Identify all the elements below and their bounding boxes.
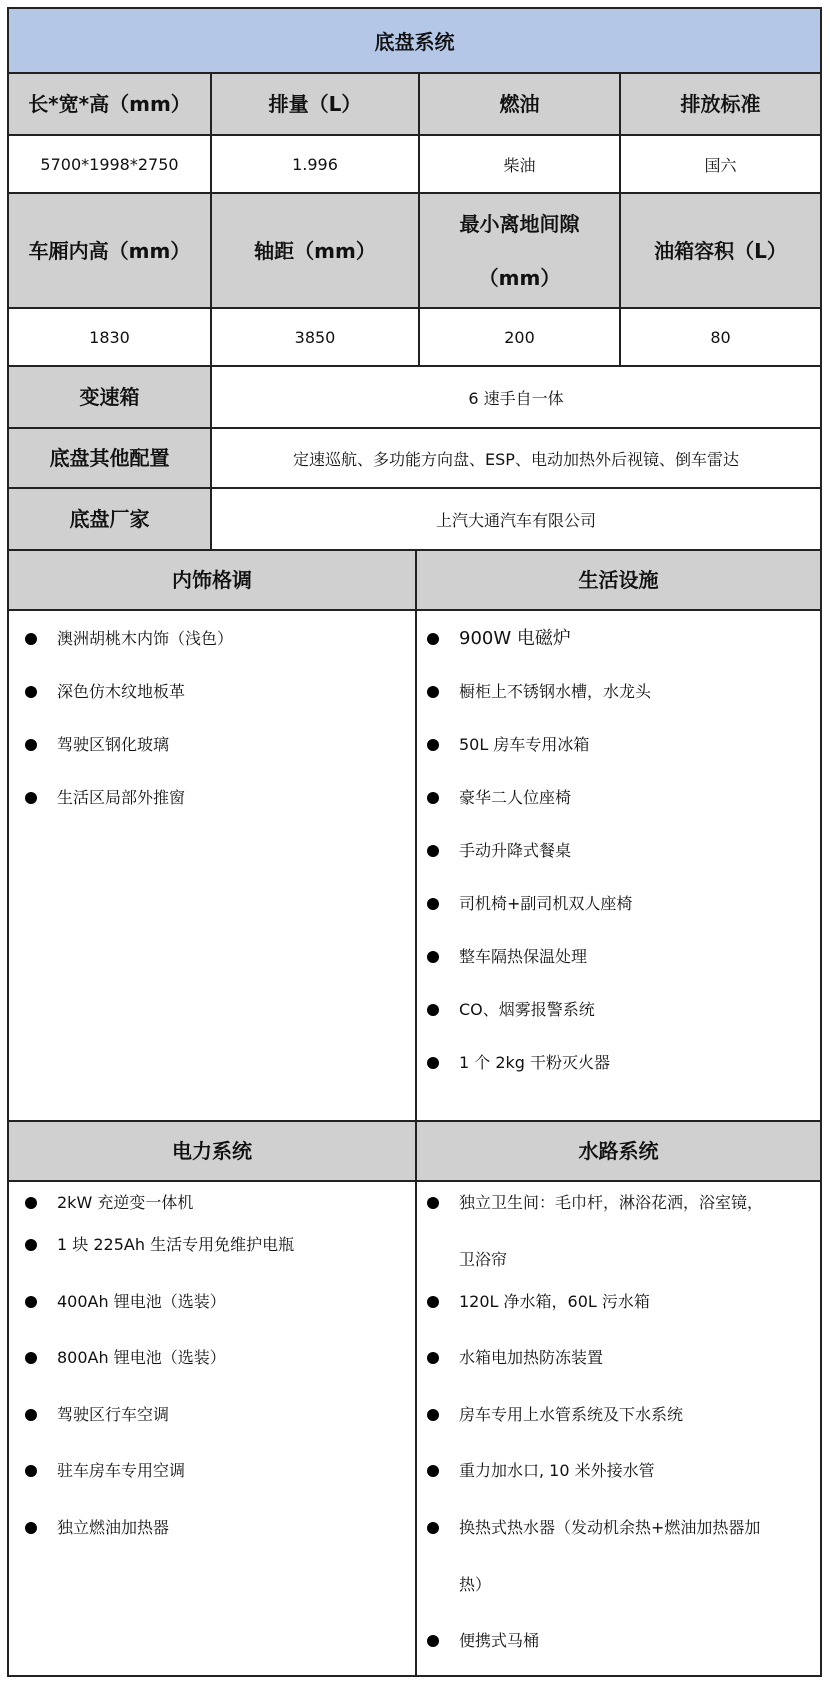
list-item: 900W 电磁炉	[427, 628, 806, 650]
value-ground-clearance: 200	[420, 309, 621, 365]
bullet-icon	[427, 686, 439, 698]
value-wheelbase: 3850	[212, 309, 420, 365]
list-item: 1 个 2kg 干粉灭火器	[427, 1052, 806, 1074]
water-system-list: 独立卫生间：毛巾杆，淋浴花洒，浴室镜，卫浴帘 120L 净水箱，60L 污水箱 …	[417, 1182, 820, 1675]
value-cabin-height: 1830	[9, 309, 212, 365]
header-wheelbase: 轴距（mm）	[212, 194, 420, 307]
living-facilities-list: 900W 电磁炉 橱柜上不锈钢水槽，水龙头 50L 房车专用冰箱 豪华二人位座椅…	[417, 611, 820, 1120]
header-fuel-tank: 油箱容积（L）	[621, 194, 820, 307]
list-item: CO、烟雾报警系统	[427, 999, 806, 1021]
chassis-spec-table: 底盘系统 长*宽*高（mm） 排量（L） 燃油 排放标准 5700*1998*2…	[7, 7, 822, 1677]
list-item: 重力加水口, 10 米外接水管	[427, 1460, 806, 1482]
list-item: 司机椅+副司机双人座椅	[427, 893, 806, 915]
value-fuel-tank: 80	[621, 309, 820, 365]
list-item: 驻车房车专用空调	[25, 1460, 401, 1482]
living-facilities-title: 生活设施	[417, 551, 820, 609]
list-item: 120L 净水箱，60L 污水箱	[427, 1291, 806, 1313]
bullet-icon	[427, 1409, 439, 1421]
spec-label: 底盘厂家	[9, 489, 212, 549]
value-dimensions: 5700*1998*2750	[9, 136, 212, 192]
list-item: 驾驶区钢化玻璃	[25, 734, 401, 756]
header-ground-clearance-line1: 最小离地间隙	[460, 197, 580, 251]
interior-list: 澳洲胡桃木内饰（浅色） 深色仿木纹地板革 驾驶区钢化玻璃 生活区局部外推窗	[9, 611, 417, 1120]
header-ground-clearance-line2: （mm）	[479, 251, 561, 305]
bullet-icon	[427, 898, 439, 910]
list-item: 2kW 充逆变一体机	[25, 1192, 401, 1214]
header-row-2: 车厢内高（mm） 轴距（mm） 最小离地间隙 （mm） 油箱容积（L）	[9, 194, 820, 309]
spec-row-gearbox: 变速箱 6 速手自一体	[9, 367, 820, 429]
list-item: 换热式热水器（发动机余热+燃油加热器加热）	[427, 1517, 806, 1596]
bullet-icon	[25, 1465, 37, 1477]
list-item: 1 块 225Ah 生活专用免维护电瓶	[25, 1234, 401, 1256]
bullet-icon	[25, 739, 37, 751]
list-item: 手动升降式餐桌	[427, 840, 806, 862]
bullet-icon	[427, 739, 439, 751]
header-dimensions: 长*宽*高（mm）	[9, 74, 212, 134]
data-row-1: 5700*1998*2750 1.996 柴油 国六	[9, 136, 820, 194]
spec-value: 6 速手自一体	[212, 367, 820, 427]
bullet-icon	[427, 951, 439, 963]
bullet-icon	[427, 792, 439, 804]
header-fuel: 燃油	[420, 74, 621, 134]
bullet-icon	[25, 1239, 37, 1251]
water-system-title: 水路系统	[417, 1122, 820, 1180]
list-item: 水箱电加热防冻装置	[427, 1347, 806, 1369]
header-displacement: 排量（L）	[212, 74, 420, 134]
spec-row-manufacturer: 底盘厂家 上汽大通汽车有限公司	[9, 489, 820, 551]
bullet-icon	[25, 686, 37, 698]
list-item: 50L 房车专用冰箱	[427, 734, 806, 756]
spec-value: 定速巡航、多功能方向盘、ESP、电动加热外后视镜、倒车雷达	[212, 429, 820, 487]
spec-label: 变速箱	[9, 367, 212, 427]
header-cabin-height: 车厢内高（mm）	[9, 194, 212, 307]
list-item: 豪华二人位座椅	[427, 787, 806, 809]
bullet-icon	[427, 633, 439, 645]
section-b-lists: 2kW 充逆变一体机 1 块 225Ah 生活专用免维护电瓶 400Ah 锂电池…	[9, 1182, 820, 1675]
header-ground-clearance: 最小离地间隙 （mm）	[420, 194, 621, 307]
list-item: 400Ah 锂电池（选装）	[25, 1291, 401, 1313]
section-a-lists: 澳洲胡桃木内饰（浅色） 深色仿木纹地板革 驾驶区钢化玻璃 生活区局部外推窗 90…	[9, 611, 820, 1122]
header-row-1: 长*宽*高（mm） 排量（L） 燃油 排放标准	[9, 74, 820, 136]
list-item: 橱柜上不锈钢水槽，水龙头	[427, 681, 806, 703]
list-item: 独立燃油加热器	[25, 1517, 401, 1539]
value-emission: 国六	[621, 136, 820, 192]
bullet-icon	[427, 1197, 439, 1209]
spec-label: 底盘其他配置	[9, 429, 212, 487]
bullet-icon	[427, 1465, 439, 1477]
bullet-icon	[25, 1197, 37, 1209]
bullet-icon	[25, 1522, 37, 1534]
section-b-header: 电力系统 水路系统	[9, 1122, 820, 1182]
bullet-icon	[427, 1352, 439, 1364]
section-a-header: 内饰格调 生活设施	[9, 551, 820, 611]
list-item: 澳洲胡桃木内饰（浅色）	[25, 628, 401, 650]
bullet-icon	[25, 1296, 37, 1308]
spec-value: 上汽大通汽车有限公司	[212, 489, 820, 549]
list-item: 整车隔热保温处理	[427, 946, 806, 968]
list-item: 房车专用上水管系统及下水系统	[427, 1404, 806, 1426]
value-displacement: 1.996	[212, 136, 420, 192]
header-emission: 排放标准	[621, 74, 820, 134]
list-item: 800Ah 锂电池（选装）	[25, 1347, 401, 1369]
bullet-icon	[427, 1004, 439, 1016]
interior-title: 内饰格调	[9, 551, 417, 609]
bullet-icon	[25, 633, 37, 645]
value-fuel: 柴油	[420, 136, 621, 192]
bullet-icon	[427, 1635, 439, 1647]
power-system-list: 2kW 充逆变一体机 1 块 225Ah 生活专用免维护电瓶 400Ah 锂电池…	[9, 1182, 417, 1675]
bullet-icon	[25, 792, 37, 804]
list-item: 生活区局部外推窗	[25, 787, 401, 809]
list-item: 便携式马桶	[427, 1630, 806, 1652]
spec-row-other-config: 底盘其他配置 定速巡航、多功能方向盘、ESP、电动加热外后视镜、倒车雷达	[9, 429, 820, 489]
bullet-icon	[427, 1057, 439, 1069]
bullet-icon	[25, 1352, 37, 1364]
bullet-icon	[25, 1409, 37, 1421]
bullet-icon	[427, 1522, 439, 1534]
table-title: 底盘系统	[9, 9, 820, 72]
bullet-icon	[427, 845, 439, 857]
data-row-2: 1830 3850 200 80	[9, 309, 820, 367]
power-system-title: 电力系统	[9, 1122, 417, 1180]
table-title-row: 底盘系统	[9, 9, 820, 74]
list-item: 深色仿木纹地板革	[25, 681, 401, 703]
bullet-icon	[427, 1296, 439, 1308]
list-item: 独立卫生间：毛巾杆，淋浴花洒，浴室镜，卫浴帘	[427, 1192, 806, 1271]
list-item: 驾驶区行车空调	[25, 1404, 401, 1426]
